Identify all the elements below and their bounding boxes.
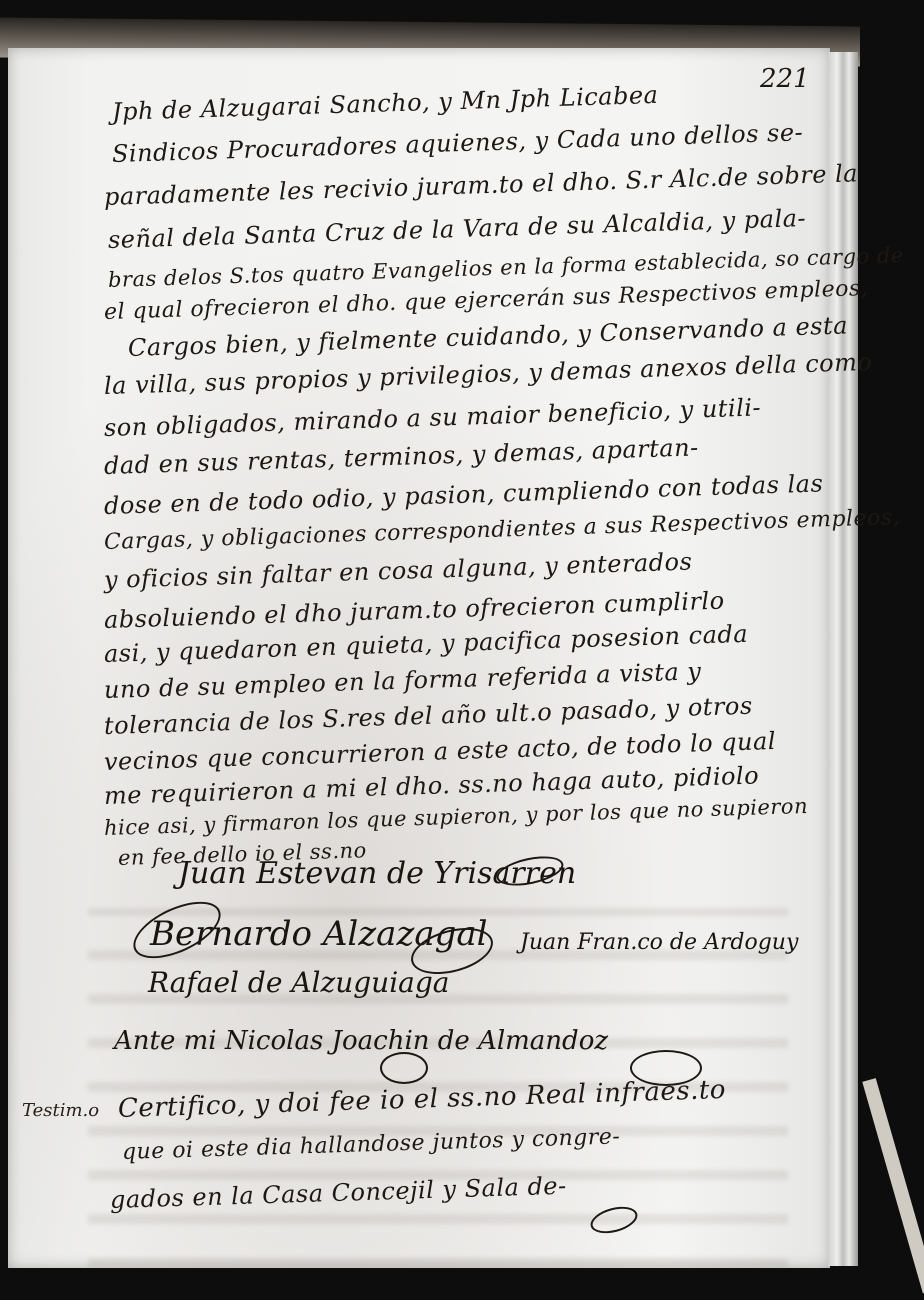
signature: Juan Fran.co de Ardoguy <box>520 930 798 955</box>
bookmark-ribbon <box>862 1078 924 1293</box>
folio-number: 221 <box>760 64 810 94</box>
signature: Rafael de Alzuguiaga <box>148 966 449 999</box>
margin-note: Testim.o <box>22 1100 99 1121</box>
page-stack-edge <box>828 52 858 1266</box>
notary-signature: Ante mi Nicolas Joachin de Almandoz <box>114 1026 608 1056</box>
signature-flourish <box>380 1052 428 1084</box>
